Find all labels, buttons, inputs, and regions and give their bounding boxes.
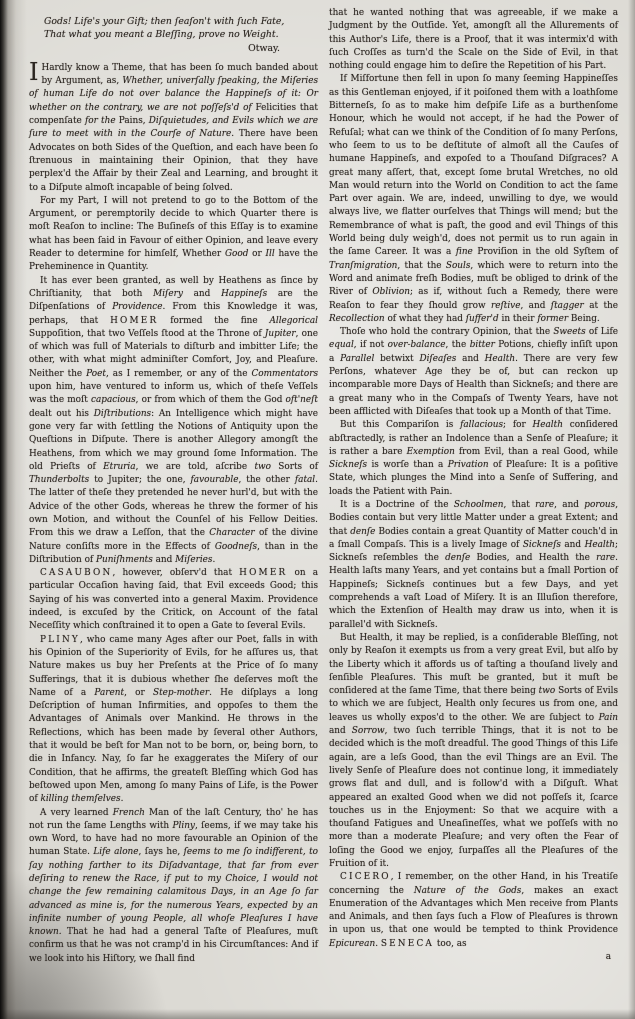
- text-run: .: [121, 794, 124, 804]
- paragraph: It is a Doctrine of the Schoolmen, that …: [329, 499, 618, 632]
- text-run: Life alone: [93, 847, 138, 857]
- text-run: Diſtributions: [94, 409, 151, 419]
- text-run: killing themſelves: [40, 794, 120, 804]
- text-run: , as I remember, or any of the: [106, 369, 252, 379]
- text-run: Health: [485, 354, 515, 364]
- text-run: bitter: [470, 340, 495, 350]
- text-run: and: [153, 555, 175, 565]
- text-run: , however, obſerv'd that: [113, 568, 240, 578]
- text-run: HOMER: [239, 568, 287, 578]
- text-run: PLINY: [40, 635, 80, 645]
- text-run: Souls: [446, 261, 471, 271]
- text-run: Sorts of: [271, 462, 318, 472]
- paragraph: But Health, it may be replied, is a conſ…: [329, 632, 618, 871]
- text-run: CICERO: [340, 872, 391, 882]
- paragraph: A very learned French Man of the laſt Ce…: [29, 807, 318, 967]
- text-run: Sorrow: [352, 726, 385, 736]
- text-run: Thoſe who hold the contrary Opinion, tha…: [340, 327, 553, 337]
- text-run: of what they had: [385, 314, 466, 324]
- drop-cap: I: [29, 62, 41, 82]
- epigraph-lines: Gods! Life's your Gift; then ſeaſon't wi…: [44, 15, 314, 42]
- text-run: Suppoſition, that two Veſſels ſtood at t…: [29, 329, 265, 339]
- text-run: CASAUBON: [40, 568, 113, 578]
- text-run: ſtagger: [551, 301, 584, 311]
- text-run: , the other: [238, 475, 294, 485]
- text-run: .: [212, 555, 215, 565]
- text-run: , if not: [354, 340, 388, 350]
- text-run: ſuffer'd: [466, 314, 499, 324]
- text-run: formed the fine: [158, 316, 269, 326]
- text-run: Providence: [112, 302, 162, 312]
- text-run: Pain: [599, 713, 618, 723]
- text-run: Allegorical: [269, 316, 318, 326]
- text-run: But this Compariſon is: [340, 420, 460, 430]
- text-run: ſeems to me ſo indifferent, to ſay nothi…: [29, 847, 318, 937]
- text-run: favourable: [191, 475, 239, 485]
- paragraph: PLINY, who came many Ages after our Poet…: [29, 634, 318, 807]
- text-run: French: [113, 808, 145, 818]
- text-run: of Life: [586, 327, 618, 337]
- text-run: Tranſmigration: [329, 261, 397, 271]
- text-run: Pliny: [173, 821, 195, 831]
- text-run: Schoolmen: [454, 500, 504, 510]
- text-run: for the: [85, 116, 119, 126]
- paragraph: It has ever been granted, as well by Hea…: [29, 275, 318, 568]
- text-run: and: [183, 289, 221, 299]
- text-run: Puniſhments: [96, 555, 153, 565]
- text-run: two: [539, 686, 556, 696]
- text-run: , and: [554, 500, 584, 510]
- left-column-paragraphs: IHardly know a Theme, that has been ſo m…: [29, 62, 318, 966]
- text-run: to Jupiter; the one,: [89, 475, 190, 485]
- column-left: Gods! Life's your Gift; then ſeaſon't wi…: [29, 0, 318, 966]
- text-run: and: [456, 354, 484, 364]
- text-run: Poet: [86, 369, 106, 379]
- scanned-book-page: Gods! Life's your Gift; then ſeaſon't wi…: [0, 0, 635, 1019]
- paragraph: CICERO, I remember, on the other Hand, i…: [329, 871, 618, 951]
- text-run: Oblivion: [372, 287, 410, 297]
- text-run: Etruria: [103, 462, 135, 472]
- text-run: Privation: [448, 460, 489, 470]
- text-run: Sickneſs: [329, 460, 367, 470]
- text-run: , we are told, aſcribe: [136, 462, 255, 472]
- text-run: , and: [520, 301, 550, 311]
- text-run: Character: [209, 528, 254, 538]
- text-run: Step-mother: [153, 688, 209, 698]
- text-run: equal: [329, 340, 354, 350]
- text-run: Miſery: [153, 289, 183, 299]
- text-run: dealt out his: [29, 409, 94, 419]
- text-run: too, as: [434, 939, 467, 949]
- text-run: denſe: [445, 553, 470, 563]
- text-run: , ſays he,: [139, 847, 184, 857]
- right-column-paragraphs: that he wanted nothing that was agreeabl…: [329, 7, 618, 951]
- text-run: oft'neſt: [286, 395, 318, 405]
- epigraph-line: Gods! Life's your Gift; then ſeaſon't wi…: [44, 15, 314, 28]
- text-run: Sickneſs: [523, 540, 561, 550]
- paragraph: If Miſfortune then fell in upon ſo many …: [329, 73, 618, 326]
- text-run: Commentators: [252, 369, 319, 379]
- text-run: Proviſion in the old Syſtem of: [473, 247, 618, 257]
- text-run: Diſeaſes: [419, 354, 456, 364]
- text-run: rare: [596, 553, 615, 563]
- text-run: from Evil, than a real Good, while: [455, 447, 618, 457]
- epigraph: Gods! Life's your Gift; then ſeaſon't wi…: [29, 0, 318, 62]
- text-run: Recollection: [329, 314, 385, 324]
- text-run: and: [329, 726, 352, 736]
- text-run: Parent: [94, 688, 124, 698]
- text-run: that he wanted nothing that was agreeabl…: [329, 8, 618, 71]
- text-run: HOMER: [110, 316, 158, 326]
- text-run: capacious: [91, 395, 136, 405]
- text-run: over-balance: [388, 340, 446, 350]
- text-run: and: [561, 540, 585, 550]
- text-run: , that the: [397, 261, 445, 271]
- text-run: is worſe than a: [367, 460, 448, 470]
- page-text-area: Gods! Life's your Gift; then ſeaſon't wi…: [29, 0, 619, 966]
- text-run: fine: [456, 247, 473, 257]
- text-run: in their: [499, 314, 538, 324]
- text-run: If Miſfortune then fell in upon ſo many …: [329, 74, 618, 257]
- text-run: Bodies, and Health the: [470, 553, 596, 563]
- text-run: at the: [584, 301, 618, 311]
- paragraph: that he wanted nothing that was agreeabl…: [329, 7, 618, 73]
- text-run: or: [248, 249, 265, 259]
- text-run: That he had had a general Taſte of Pleaſ…: [29, 927, 318, 964]
- text-run: Miſeries: [175, 555, 212, 565]
- text-run: Good: [225, 249, 248, 259]
- paragraph: Thoſe who hold the contrary Opinion, tha…: [329, 326, 618, 419]
- epigraph-line: That what you meant a Bleſſing, prove no…: [44, 28, 314, 41]
- text-run: former: [537, 314, 568, 324]
- text-run: , that: [504, 500, 536, 510]
- text-run: Epicurean: [329, 939, 375, 949]
- text-run: , the: [446, 340, 470, 350]
- text-run: Exemption: [407, 447, 455, 457]
- text-run: ; for: [503, 420, 532, 430]
- text-run: , or from which of them the God: [136, 395, 286, 405]
- paragraph: But this Compariſon is fallacious; for H…: [329, 419, 618, 499]
- column-right: that he wanted nothing that was agreeabl…: [329, 0, 618, 966]
- text-run: Pains,: [119, 116, 149, 126]
- text-run: . He diſplays a long Deſcription of huma…: [29, 688, 318, 804]
- paragraph: For my Part, I will not pretend to go to…: [29, 195, 318, 275]
- text-run: A very learned: [40, 808, 113, 818]
- text-run: Sweets: [553, 327, 585, 337]
- catchword: a: [329, 951, 618, 964]
- text-run: porous: [584, 500, 615, 510]
- text-run: Being.: [568, 314, 600, 324]
- text-run: reſtive: [491, 301, 520, 311]
- paragraph: IHardly know a Theme, that has been ſo m…: [29, 62, 318, 195]
- text-run: denſe: [350, 527, 375, 537]
- text-run: , or: [124, 688, 153, 698]
- text-run: It is a Doctrine of the: [340, 500, 454, 510]
- text-run: Parallel: [340, 354, 374, 364]
- text-run: Happineſs: [221, 289, 267, 299]
- paragraph: CASAUBON, however, obſerv'd that HOMER o…: [29, 567, 318, 633]
- text-run: two: [254, 462, 271, 472]
- text-run: , two ſuch terrible Things, that it is n…: [329, 726, 618, 869]
- text-run: rare: [535, 500, 554, 510]
- text-run: fatal: [295, 475, 315, 485]
- text-run: Thunderbolts: [29, 475, 89, 485]
- text-run: . Health laſts many Years, and yet conta…: [329, 553, 618, 629]
- text-run: fallacious: [460, 420, 503, 430]
- text-run: Nature of the Gods: [414, 886, 522, 896]
- text-run: Jupiter: [265, 329, 296, 339]
- text-run: SENECA: [381, 939, 434, 949]
- text-run: Ill: [266, 249, 275, 259]
- text-run: Goodneſs: [215, 542, 257, 552]
- epigraph-attribution: Otway.: [44, 42, 314, 55]
- text-run: betwixt: [374, 354, 419, 364]
- text-run: Health: [585, 540, 615, 550]
- text-run: Health: [533, 420, 563, 430]
